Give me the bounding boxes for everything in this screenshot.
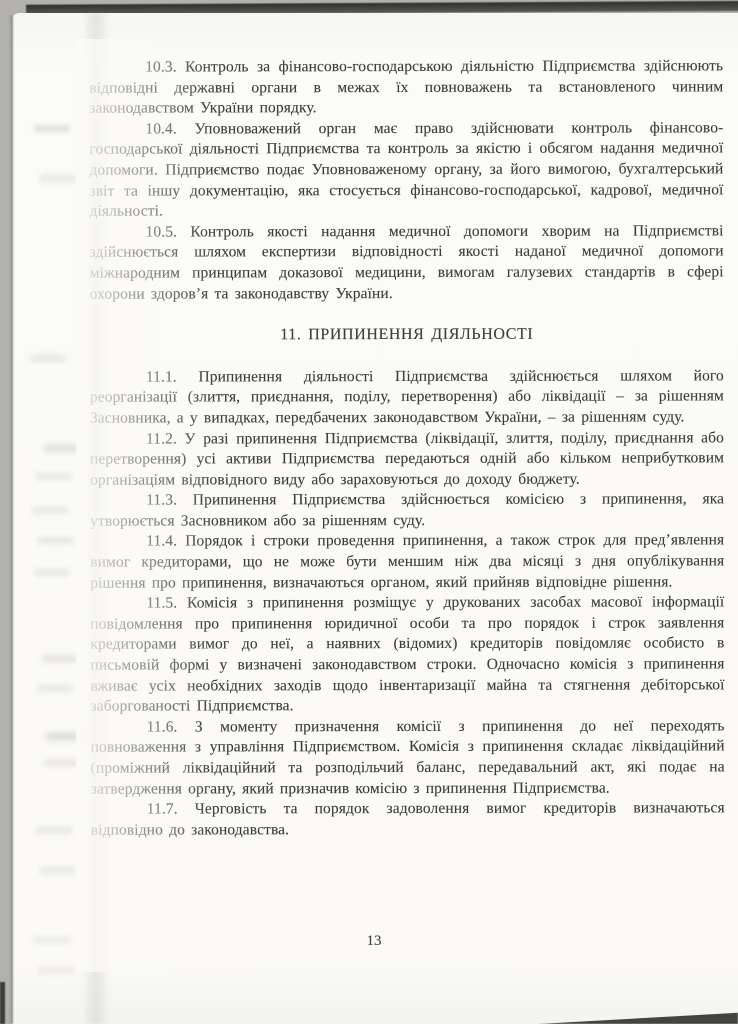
scan-edge-bottom-left — [0, 982, 5, 1024]
document-page: 10.3. Контроль за фінансово-господарсько… — [10, 13, 738, 1024]
paragraph: 10.4. Уповноважений орган має право здій… — [89, 118, 723, 222]
page-number: 13 — [367, 933, 382, 950]
paragraph: 11.5. Комісія з припинення розміщує у др… — [90, 593, 724, 718]
paragraph: 11.7. Черговість та порядок задоволення … — [91, 799, 725, 842]
paragraph: 11.3. Припинення Підприємства здійснюєть… — [90, 490, 724, 533]
paragraph: 11.1. Припинення діяльності Підприємства… — [90, 366, 724, 429]
document-text: 10.3. Контроль за фінансово-господарсько… — [89, 56, 725, 841]
paragraph: 11.4. Порядок і строки проведення припин… — [90, 531, 724, 594]
show-through-text-marks — [34, 125, 70, 132]
paragraph: 11.2. У разі припинення Підприємства (лі… — [90, 428, 724, 491]
section-heading: 11. ПРИПИНЕННЯ ДІЯЛЬНОСТІ — [90, 324, 724, 346]
scanned-document: 10.3. Контроль за фінансово-господарсько… — [0, 0, 738, 1024]
paragraph: 11.6. З моменту призначення комісії з пр… — [91, 716, 725, 800]
page-stack-edge-line — [10, 15, 13, 1024]
paragraph: 10.3. Контроль за фінансово-господарсько… — [89, 56, 723, 119]
paragraph: 10.5. Контроль якості надання медичної д… — [90, 221, 724, 305]
